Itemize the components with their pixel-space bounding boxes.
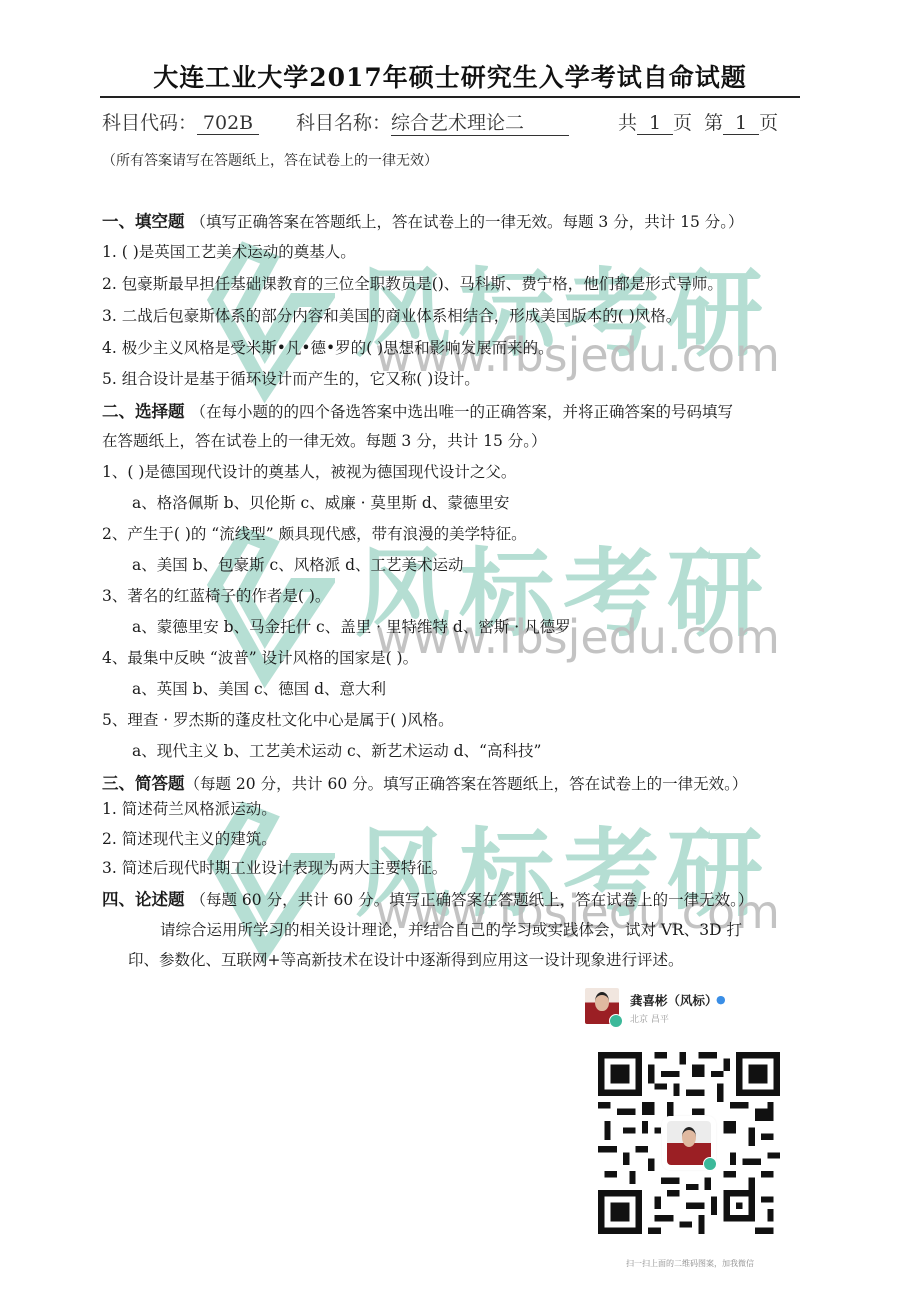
- pages-total-value: 1: [637, 112, 673, 135]
- section3-instruction: （每题 20 分，共计 60 分。填写正确答案在答题纸上，答在试卷上的一律无效。…: [185, 775, 748, 793]
- page-current-value: 1: [723, 112, 759, 135]
- section2-options: a、现代主义 b、工艺美术运动 c、新艺术运动 d、“高科技”: [132, 739, 541, 761]
- contact-name: 龚喜彬（风标）: [630, 991, 718, 1009]
- section1-question: 4. 极少主义风格是受米斯•凡•德•罗的( )思想和影响发展而来的。: [102, 336, 554, 358]
- subject-name-value: 综合艺术理论二: [391, 108, 569, 136]
- section2-question: 2、产生于( )的 “流线型” 颇具现代感，带有浪漫的美学特征。: [102, 522, 527, 544]
- section4-instruction: （每题 60 分，共计 60 分。填写正确答案在答题纸上，答在试卷上的一律无效。…: [191, 891, 754, 909]
- page-current-suffix: 页: [759, 112, 778, 134]
- section4-question-cont: 印、参数化、互联网+等高新技术在设计中逐渐得到应用这一设计现象进行评述。: [128, 948, 684, 970]
- exam-page: 风标考研 www.fbsjedu.com 风标考研 www.fbsjedu.co…: [0, 0, 900, 1300]
- section2-title: 二、选择题: [102, 402, 185, 421]
- section4-title: 四、论述题: [102, 890, 185, 909]
- subject-code-value: 702B: [197, 112, 259, 135]
- page-current-prefix: 第: [704, 112, 723, 134]
- contact-card: 龚喜彬（风标） ● 北京 昌平: [585, 988, 805, 1038]
- section3-question: 1. 简述荷兰风格派运动。: [102, 797, 277, 819]
- section2-question: 3、著名的红蓝椅子的作者是( )。: [102, 584, 330, 606]
- qr-center-avatar: [664, 1118, 714, 1168]
- section1-heading: 一、填空题（填写正确答案在答题纸上，答在试卷上的一律无效。每题 3 分，共计 1…: [102, 208, 744, 232]
- section2-question: 4、最集中反映 “波普” 设计风格的国家是( )。: [102, 646, 418, 668]
- section2-question: 1、( )是德国现代设计的奠基人，被视为德国现代设计之父。: [102, 460, 516, 482]
- section4-heading: 四、论述题（每题 60 分，共计 60 分。填写正确答案在答题纸上，答在试卷上的…: [102, 886, 753, 910]
- section2-options: a、英国 b、美国 c、德国 d、意大利: [132, 677, 386, 699]
- section2-options: a、美国 b、包豪斯 c、风格派 d、工艺美术运动: [132, 553, 464, 575]
- subject-code-label: 科目代码：: [102, 112, 197, 134]
- section3-question: 3. 简述后现代时期工业设计表现为两大主要特征。: [102, 856, 447, 878]
- section1-question: 5. 组合设计是基于循环设计而产生的，它又称( )设计。: [102, 367, 480, 389]
- avatar-face: [595, 992, 609, 1011]
- subject-name-label: 科目名称：: [296, 112, 391, 134]
- section1-instruction: （填写正确答案在答题纸上，答在试卷上的一律无效。每题 3 分，共计 15 分。）: [191, 213, 744, 231]
- section2-instruction-cont: 在答题纸上，答在试卷上的一律无效。每题 3 分，共计 15 分。）: [102, 429, 547, 451]
- answer-notice: （所有答案请写在答题纸上，答在试卷上的一律无效）: [102, 150, 438, 170]
- section2-question: 5、理查 · 罗杰斯的蓬皮杜文化中心是属于( )风格。: [102, 708, 454, 730]
- section1-question: 2. 包豪斯最早担任基础课教育的三位全职教员是()、马科斯、费宁格，他们都是形式…: [102, 272, 723, 294]
- section1-title: 一、填空题: [102, 212, 185, 231]
- exam-meta-row: 科目代码：702B 科目名称：综合艺术理论二 共1页 第1页: [102, 108, 792, 136]
- pages-total-suffix: 页: [673, 112, 692, 134]
- page-count: 共1页 第1页: [618, 108, 778, 135]
- avatar-face: [682, 1127, 696, 1147]
- pages-total-prefix: 共: [618, 112, 637, 134]
- contact-location: 北京 昌平: [630, 1012, 669, 1025]
- subject-name-field: 科目名称：综合艺术理论二: [296, 108, 569, 136]
- subject-code-field: 科目代码：702B: [102, 108, 259, 135]
- section2-options: a、格洛佩斯 b、贝伦斯 c、威廉 · 莫里斯 d、蒙德里安: [132, 491, 509, 513]
- qr-caption: 扫一扫上面的二维码图案，加我微信: [600, 1258, 780, 1269]
- watermark-logo-icon: [205, 800, 335, 970]
- watermark-logo-icon: [205, 525, 335, 695]
- exam-title: 大连工业大学2017年硕士研究生入学考试自命试题: [0, 58, 900, 94]
- section4-question: 请综合运用所学习的相关设计理论，并结合自己的学习或实践体会，试对 VR、3D 打: [160, 918, 742, 940]
- section1-question: 1. ( )是英国工艺美术运动的奠基人。: [102, 240, 356, 262]
- person-icon: ●: [716, 993, 726, 1006]
- avatar: [585, 988, 619, 1024]
- section2-heading: 二、选择题（在每小题的的四个备选答案中选出唯一的正确答案，并将正确答案的号码填写: [102, 398, 733, 422]
- section3-question: 2. 简述现代主义的建筑。: [102, 827, 277, 849]
- section3-heading: 三、简答题（每题 20 分，共计 60 分。填写正确答案在答题纸上，答在试卷上的…: [102, 770, 747, 794]
- section1-question: 3. 二战后包豪斯体系的部分内容和美国的商业体系相结合，形成美国版本的( )风格…: [102, 304, 681, 326]
- verified-badge-icon: [609, 1014, 623, 1028]
- section2-options: a、蒙德里安 b、马金托什 c、盖里 · 里特维特 d、密斯 · 凡德罗: [132, 615, 571, 637]
- verified-badge-icon: [703, 1157, 717, 1171]
- section3-title: 三、简答题: [102, 774, 185, 793]
- title-divider: [100, 96, 800, 98]
- section2-instruction: （在每小题的的四个备选答案中选出唯一的正确答案，并将正确答案的号码填写: [191, 403, 734, 421]
